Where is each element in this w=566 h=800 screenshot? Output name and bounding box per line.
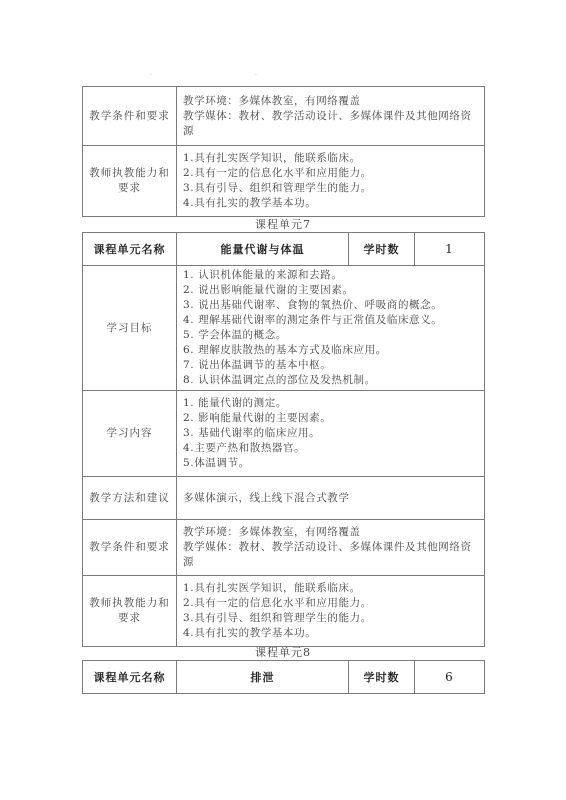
row-label: 教学条件和要求 bbox=[83, 520, 177, 576]
content-line: 4.具有扎实的教学基本功。 bbox=[183, 626, 478, 641]
content-line: 1.具有扎实医学知识，能联系临床。 bbox=[183, 151, 478, 166]
table-row: 教师执教能力和 要求 1.具有扎实医学知识，能联系临床。 2.具有一定的信息化水… bbox=[83, 576, 485, 647]
table-row: 学习内容 1. 能量代谢的测定。 2. 影响能量代谢的主要因素。 3. 基础代谢… bbox=[83, 391, 485, 477]
label-line: 要求 bbox=[87, 181, 172, 196]
unit7-caption: 课程单元7 bbox=[82, 216, 484, 232]
hours-value: 6 bbox=[415, 661, 485, 694]
content-line: 1. 能量代谢的测定。 bbox=[183, 396, 478, 411]
content-line: 源 bbox=[183, 555, 478, 570]
unit8-caption: 课程单元8 bbox=[82, 644, 484, 660]
unit-header-row: 课程单元名称 排泄 学时数 6 bbox=[83, 661, 485, 694]
unit-name-value: 能量代谢与体温 bbox=[177, 233, 349, 266]
content-line: 4.具有扎实的教学基本功。 bbox=[183, 196, 478, 211]
unit-name-label: 课程单元名称 bbox=[83, 233, 177, 266]
row-content: 教学环境：多媒体教室，有网络覆盖 教学媒体：教材、教学活动设计、多媒体课件及其他… bbox=[177, 87, 485, 146]
row-content: 1.具有扎实医学知识，能联系临床。 2.具有一定的信息化水平和应用能力。 3.具… bbox=[177, 146, 485, 217]
content-line: 教学媒体：教材、教学活动设计、多媒体课件及其他网络资 bbox=[183, 109, 478, 124]
table-row: 教学方法和建议 多媒体演示，线上线下混合式教学 bbox=[83, 477, 485, 520]
content-line: 2.具有一定的信息化水平和应用能力。 bbox=[183, 166, 478, 181]
content-line: 3. 基础代谢率的临床应用。 bbox=[183, 426, 478, 441]
content-line: 1.具有扎实医学知识，能联系临床。 bbox=[183, 581, 478, 596]
page-mark: · bbox=[255, 72, 257, 79]
hours-label: 学时数 bbox=[349, 233, 415, 266]
row-content: 教学环境：多媒体教室，有网络覆盖 教学媒体：教材、教学活动设计、多媒体课件及其他… bbox=[177, 520, 485, 576]
content-line: 教学媒体：教材、教学活动设计、多媒体课件及其他网络资 bbox=[183, 540, 478, 555]
row-label: 学习内容 bbox=[83, 391, 177, 477]
unit-name-label: 课程单元名称 bbox=[83, 661, 177, 694]
row-label: 教学方法和建议 bbox=[83, 477, 177, 520]
table-row: 教学条件和要求 教学环境：多媒体教室，有网络覆盖 教学媒体：教材、教学活动设计、… bbox=[83, 87, 485, 146]
content-line: 2. 影响能量代谢的主要因素。 bbox=[183, 411, 478, 426]
hours-value: 1 bbox=[415, 233, 485, 266]
content-line: 5. 学会体温的概念。 bbox=[183, 328, 478, 343]
content-line: 多媒体演示，线上线下混合式教学 bbox=[183, 491, 478, 506]
content-line: 5.体温调节。 bbox=[183, 456, 478, 471]
row-content: 1. 认识机体能量的来源和去路。 2. 说出影响能量代谢的主要因素。 3. 说出… bbox=[177, 266, 485, 391]
row-content: 1.具有扎实医学知识，能联系临床。 2.具有一定的信息化水平和应用能力。 3.具… bbox=[177, 576, 485, 647]
content-line: 教学环境：多媒体教室，有网络覆盖 bbox=[183, 94, 478, 109]
content-line: 7. 说出体温调节的基本中枢。 bbox=[183, 358, 478, 373]
label-line: 教师执教能力和 bbox=[87, 166, 172, 181]
content-line: 2. 说出影响能量代谢的主要因素。 bbox=[183, 283, 478, 298]
hours-label: 学时数 bbox=[349, 661, 415, 694]
table-row: 学习目标 1. 认识机体能量的来源和去路。 2. 说出影响能量代谢的主要因素。 … bbox=[83, 266, 485, 391]
content-line: 4.主要产热和散热器官。 bbox=[183, 441, 478, 456]
row-label: 学习目标 bbox=[83, 266, 177, 391]
row-label: 教学条件和要求 bbox=[83, 87, 177, 146]
row-content: 1. 能量代谢的测定。 2. 影响能量代谢的主要因素。 3. 基础代谢率的临床应… bbox=[177, 391, 485, 477]
content-line: 2.具有一定的信息化水平和应用能力。 bbox=[183, 596, 478, 611]
content-line: 6. 理解皮肤散热的基本方式及临床应用。 bbox=[183, 343, 478, 358]
label-line: 要求 bbox=[87, 611, 172, 626]
row-label: 教师执教能力和 要求 bbox=[83, 576, 177, 647]
unit7-table: 课程单元名称 能量代谢与体温 学时数 1 学习目标 1. 认识机体能量的来源和去… bbox=[82, 232, 485, 647]
content-line: 4. 理解基础代谢率的测定条件与正常值及临床意义。 bbox=[183, 313, 478, 328]
content-line: 3.具有引导、组织和管理学生的能力。 bbox=[183, 611, 478, 626]
content-line: 教学环境：多媒体教室，有网络覆盖 bbox=[183, 525, 478, 540]
table-row: 教学条件和要求 教学环境：多媒体教室，有网络覆盖 教学媒体：教材、教学活动设计、… bbox=[83, 520, 485, 576]
page-mark: · bbox=[150, 72, 152, 79]
prev-unit-table: 教学条件和要求 教学环境：多媒体教室，有网络覆盖 教学媒体：教材、教学活动设计、… bbox=[82, 86, 485, 217]
row-content: 多媒体演示，线上线下混合式教学 bbox=[177, 477, 485, 520]
content-line: 源 bbox=[183, 124, 478, 139]
content-line: 1. 认识机体能量的来源和去路。 bbox=[183, 268, 478, 283]
label-line: 教师执教能力和 bbox=[87, 596, 172, 611]
row-label: 教师执教能力和 要求 bbox=[83, 146, 177, 217]
content-line: 3.具有引导、组织和管理学生的能力。 bbox=[183, 181, 478, 196]
content-line: 3. 说出基础代谢率、食物的氧热价、呼吸商的概念。 bbox=[183, 298, 478, 313]
content-line: 8. 认识体温调定点的部位及发热机制。 bbox=[183, 373, 478, 388]
unit8-table: 课程单元名称 排泄 学时数 6 bbox=[82, 660, 485, 694]
unit-header-row: 课程单元名称 能量代谢与体温 学时数 1 bbox=[83, 233, 485, 266]
table-row: 教师执教能力和 要求 1.具有扎实医学知识，能联系临床。 2.具有一定的信息化水… bbox=[83, 146, 485, 217]
unit-name-value: 排泄 bbox=[177, 661, 349, 694]
